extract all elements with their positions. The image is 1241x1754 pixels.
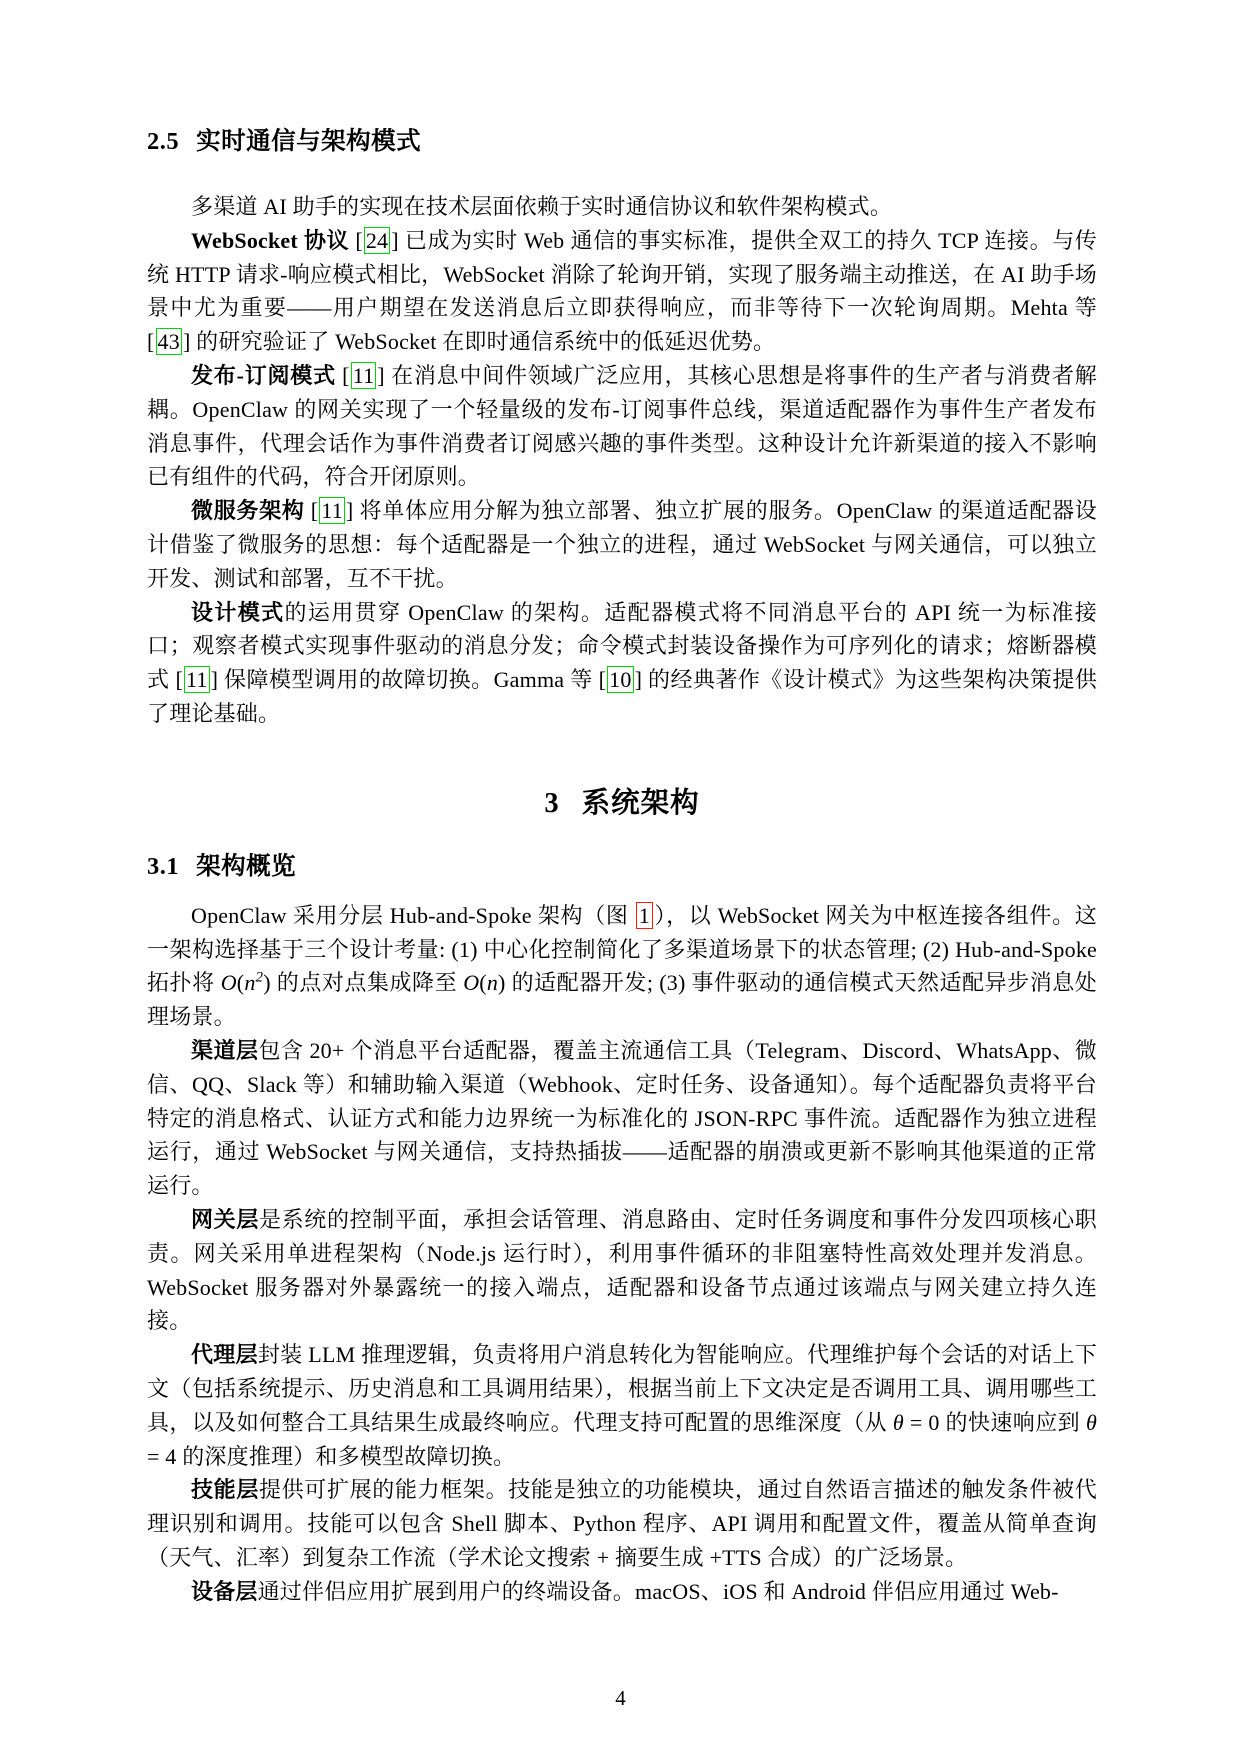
citation-11-wrap: [11] — [342, 363, 385, 388]
page-body: 2.5实时通信与架构模式多渠道 AI 助手的实现在技术层面依赖于实时通信协议和软… — [147, 126, 1097, 1608]
paragraph-6: 设计模式的运用贯穿 OpenClaw 的架构。适配器模式将不同消息平台的 API… — [147, 596, 1097, 731]
bold-run: 技能层 — [191, 1477, 259, 1502]
paragraph-2: 多渠道 AI 助手的实现在技术层面依赖于实时通信协议和软件架构模式。 — [147, 190, 1097, 224]
paragraph-13: 技能层提供可扩展的能力框架。技能是独立的功能模块，通过自然语言描述的触发条件被代… — [147, 1473, 1097, 1574]
paragraph-12: 代理层封装 LLM 推理逻辑，负责将用户消息转化为智能响应。代理维护每个会话的对… — [147, 1338, 1097, 1473]
section-title: 实时通信与架构模式 — [196, 128, 421, 155]
math-symbol: n — [244, 970, 255, 995]
citation-link-24[interactable]: 24 — [364, 227, 390, 254]
math-symbol: θ — [893, 1410, 904, 1435]
figure-ref-link-1[interactable]: 1 — [636, 902, 653, 929]
bold-run: 微服务架构 — [191, 498, 311, 523]
bold-run: 设备层 — [191, 1579, 258, 1604]
section-number: 3.1 — [147, 853, 179, 880]
paragraph-14: 设备层通过伴侣应用扩展到用户的终端设备。macOS、iOS 和 Android … — [147, 1575, 1097, 1609]
bold-run: 网关层 — [191, 1207, 259, 1232]
math-symbol: θ — [1086, 1410, 1097, 1435]
math-symbol: n — [487, 970, 498, 995]
section-heading-3-1: 3.1架构概览 — [147, 851, 1097, 883]
section-number: 3 — [544, 788, 559, 819]
bold-run: 设计模式 — [191, 600, 285, 625]
page-number: 4 — [0, 1686, 1241, 1711]
paragraph-9: OpenClaw 采用分层 Hub-and-Spoke 架构（图 1），以 We… — [147, 899, 1097, 1034]
section-heading-2-5: 2.5实时通信与架构模式 — [147, 126, 1097, 158]
citation-link-10[interactable]: 10 — [607, 666, 633, 693]
section-title: 架构概览 — [196, 853, 296, 880]
math-superscript: 2 — [256, 970, 264, 986]
bold-run: 渠道层 — [191, 1038, 258, 1063]
citation-link-43[interactable]: 43 — [156, 328, 182, 355]
citation-link-11[interactable]: 11 — [351, 362, 377, 389]
paragraph-11: 网关层是系统的控制平面，承担会话管理、消息路由、定时任务调度和事件分发四项核心职… — [147, 1203, 1097, 1338]
bold-run: WebSocket 协议 — [191, 228, 355, 253]
citation-link-11[interactable]: 11 — [319, 497, 345, 524]
paragraph-3: WebSocket 协议 [24] 已成为实时 Web 通信的事实标准，提供全双… — [147, 224, 1097, 359]
citation-link-11[interactable]: 11 — [184, 666, 210, 693]
math-symbol: O — [221, 970, 237, 995]
citation-11-wrap: [11] — [311, 498, 354, 523]
citation-43-wrap: [43] — [147, 329, 190, 354]
section-title: 系统架构 — [582, 788, 700, 819]
citation-11-wrap: [11] — [175, 667, 218, 692]
citation-24-wrap: [24] — [355, 228, 398, 253]
math-symbol: O — [463, 970, 479, 995]
paragraph-5: 微服务架构 [11] 将单体应用分解为独立部署、独立扩展的服务。OpenClaw… — [147, 494, 1097, 595]
bold-run: 发布-订阅模式 — [191, 363, 342, 388]
document-page: 2.5实时通信与架构模式多渠道 AI 助手的实现在技术层面依赖于实时通信协议和软… — [0, 0, 1241, 1754]
bold-run: 代理层 — [191, 1342, 258, 1367]
citation-10-wrap: [10] — [599, 667, 642, 692]
paragraph-10: 渠道层包含 20+ 个消息平台适配器，覆盖主流通信工具（Telegram、Dis… — [147, 1034, 1097, 1203]
section-heading-3: 3系统架构 — [147, 783, 1097, 825]
section-number: 2.5 — [147, 128, 179, 155]
paragraph-4: 发布-订阅模式 [11] 在消息中间件领域广泛应用，其核心思想是将事件的生产者与… — [147, 359, 1097, 494]
